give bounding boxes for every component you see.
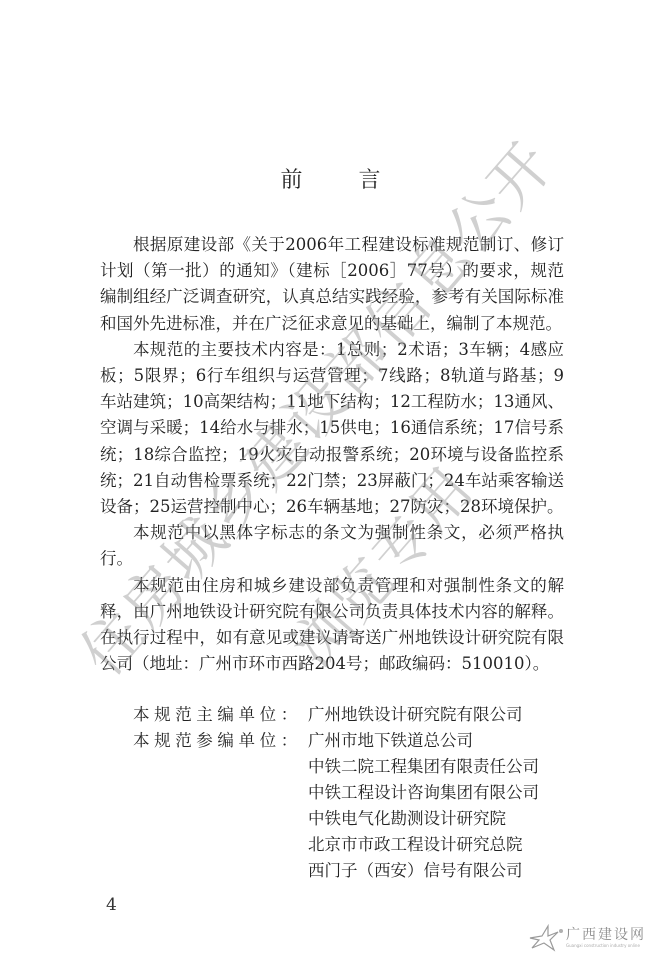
document-page: 前言 根据原建设部《关于2006年工程建设标准规范制订、修订计划（第一批）的通知… [0,0,661,958]
participating-name: 广州市地下铁道总公司 [308,728,473,754]
participating-label: 本规范参编单位： [133,728,308,754]
foreword-body: 根据原建设部《关于2006年工程建设标准规范制订、修订计划（第一批）的通知》（建… [100,232,564,677]
page-number: 4 [106,895,117,915]
editing-units: 本规范主编单位： 广州地铁设计研究院有限公司 本规范参编单位： 广州市地下铁道总… [133,702,539,884]
participating-row: 北京市市政工程设计研究总院 [133,832,539,858]
star-logo-icon [528,924,564,952]
page-title: 前言 [0,163,661,194]
site-logo: 广西建设网 Guangxi construction industry onli… [528,920,661,956]
participating-row: 中铁电气化勘测设计研究院 [133,806,539,832]
logo-title: 广西建设网 [566,927,646,943]
participating-row: 本规范参编单位： 广州市地下铁道总公司 [133,728,539,754]
participating-name: 西门子（西安）信号有限公司 [308,858,523,884]
participating-row: 中铁工程设计咨询集团有限公司 [133,780,539,806]
chief-editor-row: 本规范主编单位： 广州地铁设计研究院有限公司 [133,702,539,728]
participating-name: 中铁二院工程集团有限责任公司 [308,754,539,780]
chief-editor-name: 广州地铁设计研究院有限公司 [308,702,523,728]
paragraph-management: 本规范由住房和城乡建设部负责管理和对强制性条文的解释，由广州地铁设计研究院有限公… [100,573,564,678]
chief-editor-label: 本规范主编单位： [133,702,308,728]
paragraph-background: 根据原建设部《关于2006年工程建设标准规范制订、修订计划（第一批）的通知》（建… [100,232,564,337]
participating-name: 北京市市政工程设计研究总院 [308,832,523,858]
participating-name: 中铁工程设计咨询集团有限公司 [308,780,539,806]
title-char-1: 前 [280,163,302,194]
participating-name: 中铁电气化勘测设计研究院 [308,806,506,832]
logo-subtitle: Guangxi construction industry online [566,943,646,949]
paragraph-mandatory: 本规范中以黑体字标志的条文为强制性条文，必须严格执行。 [100,520,564,572]
participating-row: 中铁二院工程集团有限责任公司 [133,754,539,780]
participating-row: 西门子（西安）信号有限公司 [133,858,539,884]
title-char-2: 言 [359,163,381,194]
paragraph-contents: 本规范的主要技术内容是：1总则；2术语；3车辆；4感应板；5限界；6行车组织与运… [100,337,564,520]
